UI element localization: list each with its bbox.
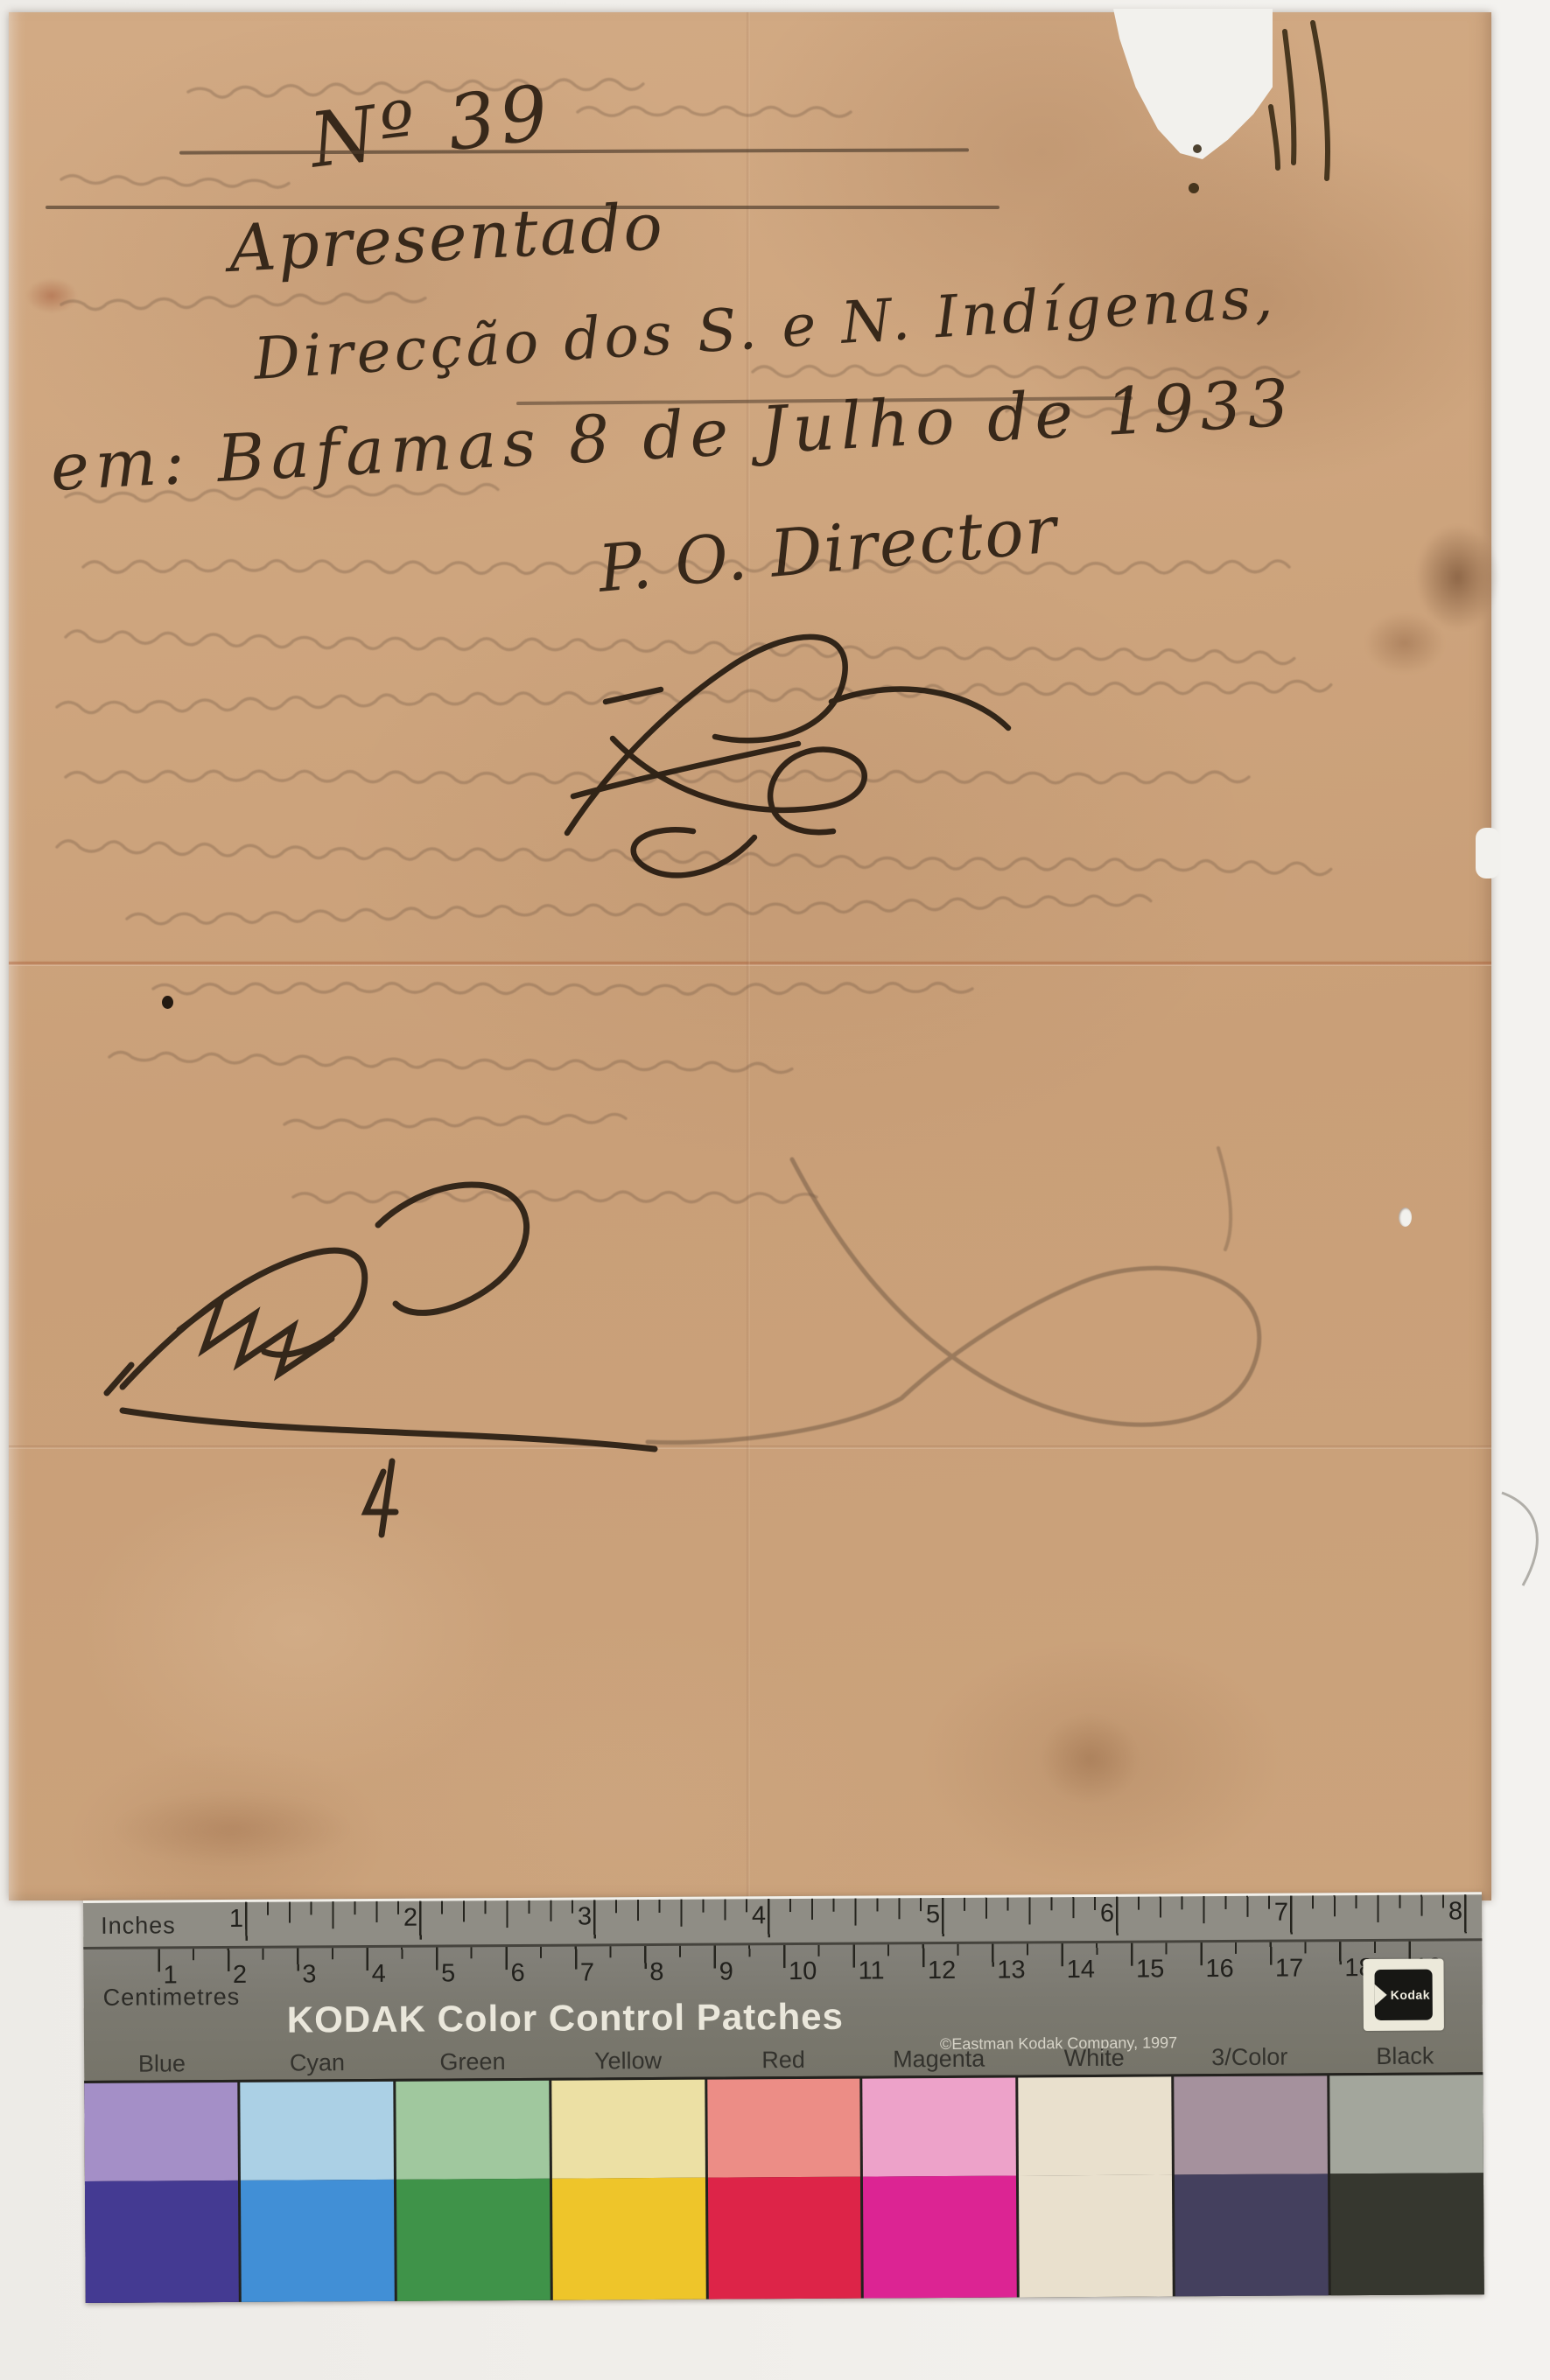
inches-label: Inches xyxy=(101,1912,176,1940)
patch-column-green xyxy=(396,2081,550,2301)
cm-number: 14 xyxy=(1067,1956,1095,1984)
kodak-logo-k-icon: Kodak xyxy=(1375,1970,1433,2020)
fold-crease-horizontal xyxy=(9,961,1491,966)
inch-number: 3 xyxy=(562,1902,592,1931)
cm-number: 5 xyxy=(441,1959,455,1988)
pencil-mark-backing xyxy=(1502,1493,1537,1585)
patch-column-cyan xyxy=(240,2082,394,2302)
patch-label: Black xyxy=(1376,2043,1434,2070)
cm-number: 17 xyxy=(1275,1954,1303,1983)
inch-number: 1 xyxy=(214,1905,243,1934)
inch-number: 5 xyxy=(910,1900,940,1929)
cm-number: 12 xyxy=(928,1956,956,1985)
inch-number: 6 xyxy=(1084,1900,1114,1928)
cm-number: 15 xyxy=(1136,1955,1164,1984)
patch-column-red xyxy=(707,2079,861,2299)
inch-number: 4 xyxy=(736,1901,766,1930)
patch-label: Magenta xyxy=(893,2046,985,2074)
patch-column-blue xyxy=(84,2082,238,2303)
patch-label: White xyxy=(1064,2045,1125,2072)
cm-number: 13 xyxy=(997,1956,1025,1984)
patch-label: Red xyxy=(761,2047,805,2074)
cm-number: 1 xyxy=(163,1961,177,1990)
cm-number: 2 xyxy=(233,1961,247,1990)
cm-number: 4 xyxy=(372,1960,386,1989)
cm-number: 11 xyxy=(858,1956,884,1985)
patch-label: Cyan xyxy=(290,2049,345,2076)
inch-number: 2 xyxy=(388,1904,417,1933)
cm-number: 16 xyxy=(1205,1955,1233,1984)
inch-number: 8 xyxy=(1433,1897,1462,1926)
fold-crease-horizontal-2 xyxy=(9,1445,1491,1449)
cm-number: 3 xyxy=(302,1960,316,1989)
scanned-page: { "document": { "number": "Nº 39", "line… xyxy=(0,0,1550,2380)
edge-nick xyxy=(1476,828,1500,878)
cm-number: 8 xyxy=(649,1958,663,1987)
patch-column-yellow xyxy=(551,2080,705,2300)
kodak-color-strip: Inches Centimetres 12345678 123456789101… xyxy=(83,1892,1484,2303)
inch-number: 7 xyxy=(1259,1899,1288,1928)
color-patch-grid xyxy=(84,2072,1484,2303)
patch-column-black xyxy=(1329,2075,1483,2295)
patch-column-3-color xyxy=(1174,2075,1328,2296)
patch-label: Green xyxy=(439,2048,505,2075)
kodak-logo: Kodak xyxy=(1363,1959,1443,2032)
cm-number: 10 xyxy=(789,1957,817,1986)
cm-number: 9 xyxy=(719,1957,733,1986)
patch-label: Yellow xyxy=(594,2047,662,2075)
patch-label: 3/Color xyxy=(1211,2044,1287,2072)
patch-column-white xyxy=(1019,2076,1173,2297)
cm-number: 6 xyxy=(510,1959,524,1988)
patch-column-magenta xyxy=(863,2077,1017,2298)
cm-number: 7 xyxy=(580,1958,594,1987)
patch-label: Blue xyxy=(138,2050,186,2077)
worm-hole xyxy=(1399,1207,1412,1227)
strip-title: KODAK Color Control Patches xyxy=(287,1996,844,2041)
